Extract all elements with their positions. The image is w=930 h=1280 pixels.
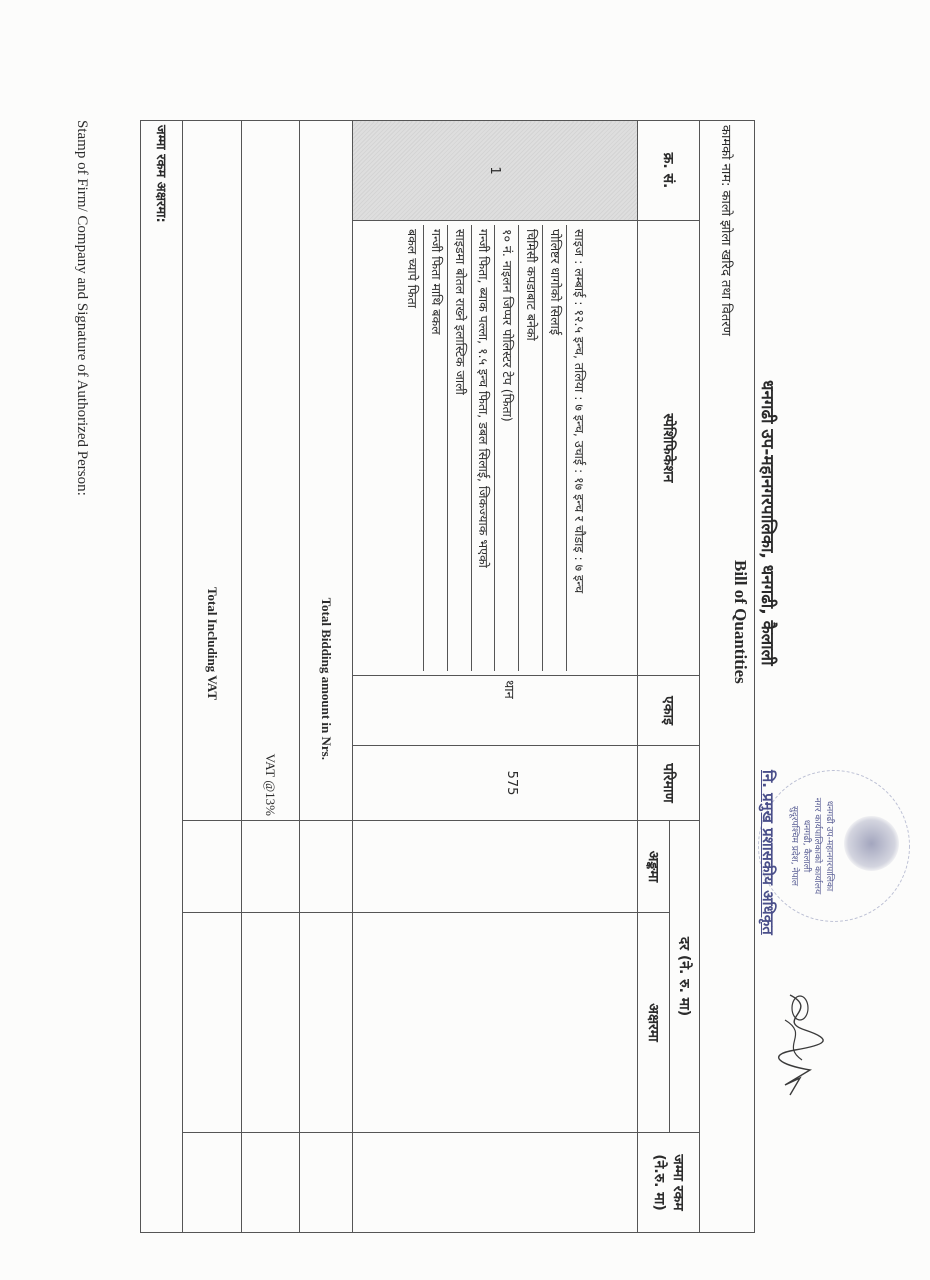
total-with-vat-cell-b — [183, 913, 241, 1133]
official-seal-icon: धनगढी उप-महानगरपालिका नगर कार्यपालिकाको … — [758, 770, 910, 922]
total-with-vat-label: Total Including VAT — [183, 121, 241, 821]
item-rate-words[interactable] — [353, 913, 638, 1133]
item-amount[interactable] — [353, 1133, 638, 1233]
vat-cell-a — [241, 821, 299, 913]
table-header-row: क्र. सं. स्पेशिफिकेशन एकाइ परिमाण दर (ने… — [670, 121, 700, 1233]
officer-signature-label: नि. प्रमुख प्रशासकीय अधिकृत — [758, 770, 778, 935]
total-with-vat-row: Total Including VAT — [183, 121, 241, 1233]
item-specifications: साइज : लम्बाई : १२.५ इन्च, तलिया : ७ इन्… — [353, 221, 638, 676]
total-bidding-row: Total Bidding amount in Nrs. — [299, 121, 353, 1233]
col-amount: जम्मा रकम (ने.रु. मा) — [637, 1133, 700, 1233]
col-rate-figures: अङ्कमा — [637, 821, 669, 913]
total-bidding-label: Total Bidding amount in Nrs. — [299, 121, 353, 821]
boq-table: कामको नाम: कालो झोला खरिद तथा वितरण क्र.… — [140, 120, 755, 1233]
spec-line: गन्जी फिता, ब्याक पल्ला, १.५ इन्च फिता, … — [471, 225, 495, 671]
vat-row: VAT @13% — [241, 121, 299, 1233]
col-rate: दर (ने. रु. मा) — [670, 821, 700, 1133]
spec-line: पोलिष्टर धागोको सिलाई — [542, 225, 566, 671]
total-with-vat-cell-a — [183, 821, 241, 913]
spec-line: बकल च्यापे फिता — [400, 225, 423, 671]
spec-line: १० नं. नाइलन जिप्पर पोलिस्टर टेप (फिता) — [494, 225, 518, 671]
col-rate-words: अक्षरमा — [637, 913, 669, 1133]
vat-label: VAT @13% — [241, 121, 299, 821]
seal-emblem-icon — [844, 816, 899, 871]
seal-line: धनगढी, कैलाली — [799, 781, 811, 911]
vat-cell-b — [241, 913, 299, 1133]
seal-line: सुदूरपश्चिम प्रदेश, नेपाल — [787, 781, 799, 911]
col-quantity: परिमाण — [637, 746, 700, 821]
item-rate-figures[interactable] — [353, 821, 638, 913]
bill-of-quantities-page: धनगढी उप-महानगरपालिका, धनगढी, कैलाली Bil… — [0, 0, 930, 1280]
total-with-vat-value[interactable] — [183, 1133, 241, 1233]
spec-line: साइडमा बोतल राख्ने इलास्टिक जाली — [447, 225, 471, 671]
seal-line: नगर कार्यपालिकाको कार्यालय — [811, 781, 823, 911]
col-serial: क्र. सं. — [637, 121, 700, 221]
vat-value[interactable] — [241, 1133, 299, 1233]
work-name: कामको नाम: कालो झोला खरिद तथा वितरण — [700, 121, 755, 1233]
seal-line: धनगढी उप-महानगरपालिका — [822, 781, 834, 911]
item-unit: थान — [353, 676, 638, 746]
total-bidding-cell-b — [299, 913, 353, 1133]
spec-line: साइज : लम्बाई : १२.५ इन्च, तलिया : ७ इन्… — [566, 225, 590, 671]
spec-line: गन्जी फिता माथि बकल — [423, 225, 447, 671]
seal-text: धनगढी उप-महानगरपालिका नगर कार्यपालिकाको … — [787, 781, 834, 911]
total-bidding-cell-a — [299, 821, 353, 913]
handwritten-signature-icon — [770, 990, 830, 1100]
item-quantity: 575 — [353, 746, 638, 821]
firm-stamp-signature-label: Stamp of Firm/ Company and Signature of … — [73, 120, 90, 496]
col-unit: एकाइ — [637, 676, 700, 746]
item-serial: 1 — [353, 121, 638, 221]
table-row: 1 साइज : लम्बाई : १२.५ इन्च, तलिया : ७ इ… — [353, 121, 638, 1233]
work-name-row: कामको नाम: कालो झोला खरिद तथा वितरण — [700, 121, 755, 1233]
col-specification: स्पेशिफिकेशन — [637, 221, 700, 676]
total-in-words-label: जम्मा रकम अक्षरमा: — [141, 121, 183, 1233]
total-bidding-value[interactable] — [299, 1133, 353, 1233]
total-in-words-row: जम्मा रकम अक्षरमा: — [141, 121, 183, 1233]
spec-line: चिमिसी कपडाबाट बनेको — [518, 225, 542, 671]
office-title: धनगढी उप-महानगरपालिका, धनगढी, कैलाली — [757, 380, 780, 666]
